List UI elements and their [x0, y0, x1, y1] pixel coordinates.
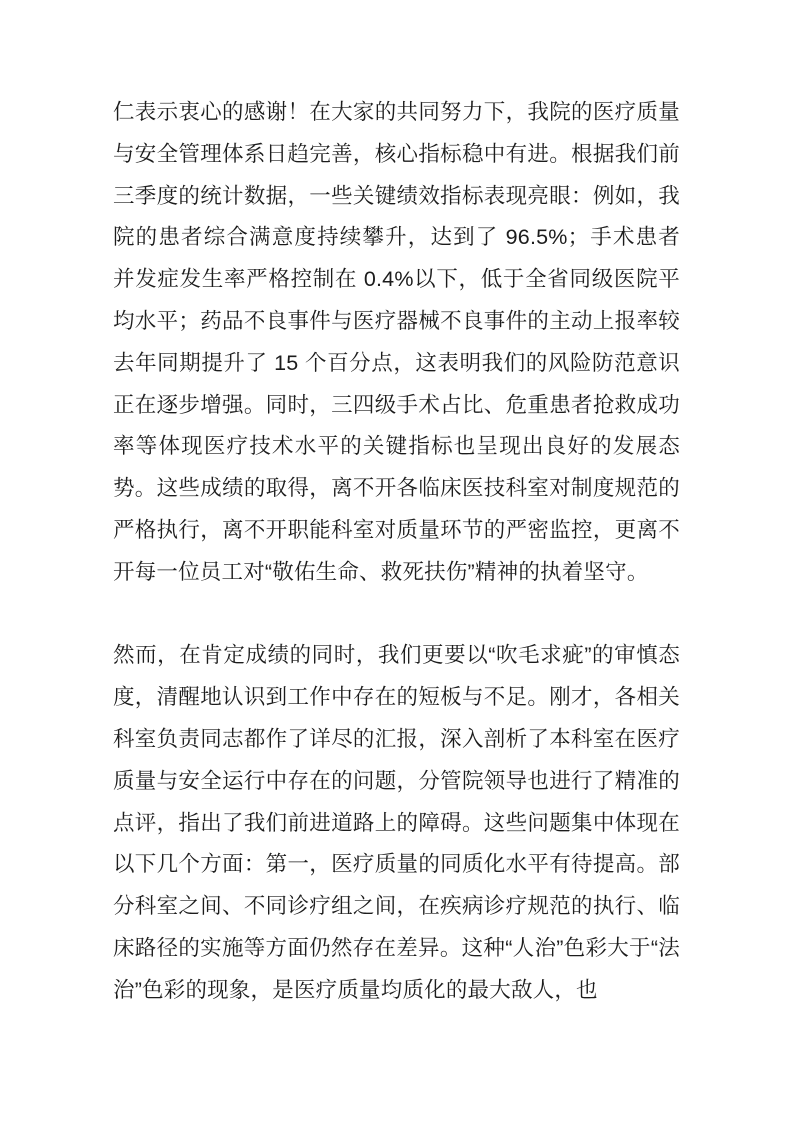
document-text-area: 仁表示衷心的感谢！在大家的共同努力下，我院的医疗质量与安全管理体系日趋完善，核心…: [113, 92, 680, 1012]
paragraph-achievements: 仁表示衷心的感谢！在大家的共同努力下，我院的医疗质量与安全管理体系日趋完善，核心…: [113, 92, 680, 594]
paragraph-problems: 然而，在肯定成绩的同时，我们更要以“吹毛求疵”的审慎态度，清醒地认识到工作中存在…: [113, 635, 680, 1011]
document-page: 仁表示衷心的感谢！在大家的共同努力下，我院的医疗质量与安全管理体系日趋完善，核心…: [0, 0, 793, 1122]
